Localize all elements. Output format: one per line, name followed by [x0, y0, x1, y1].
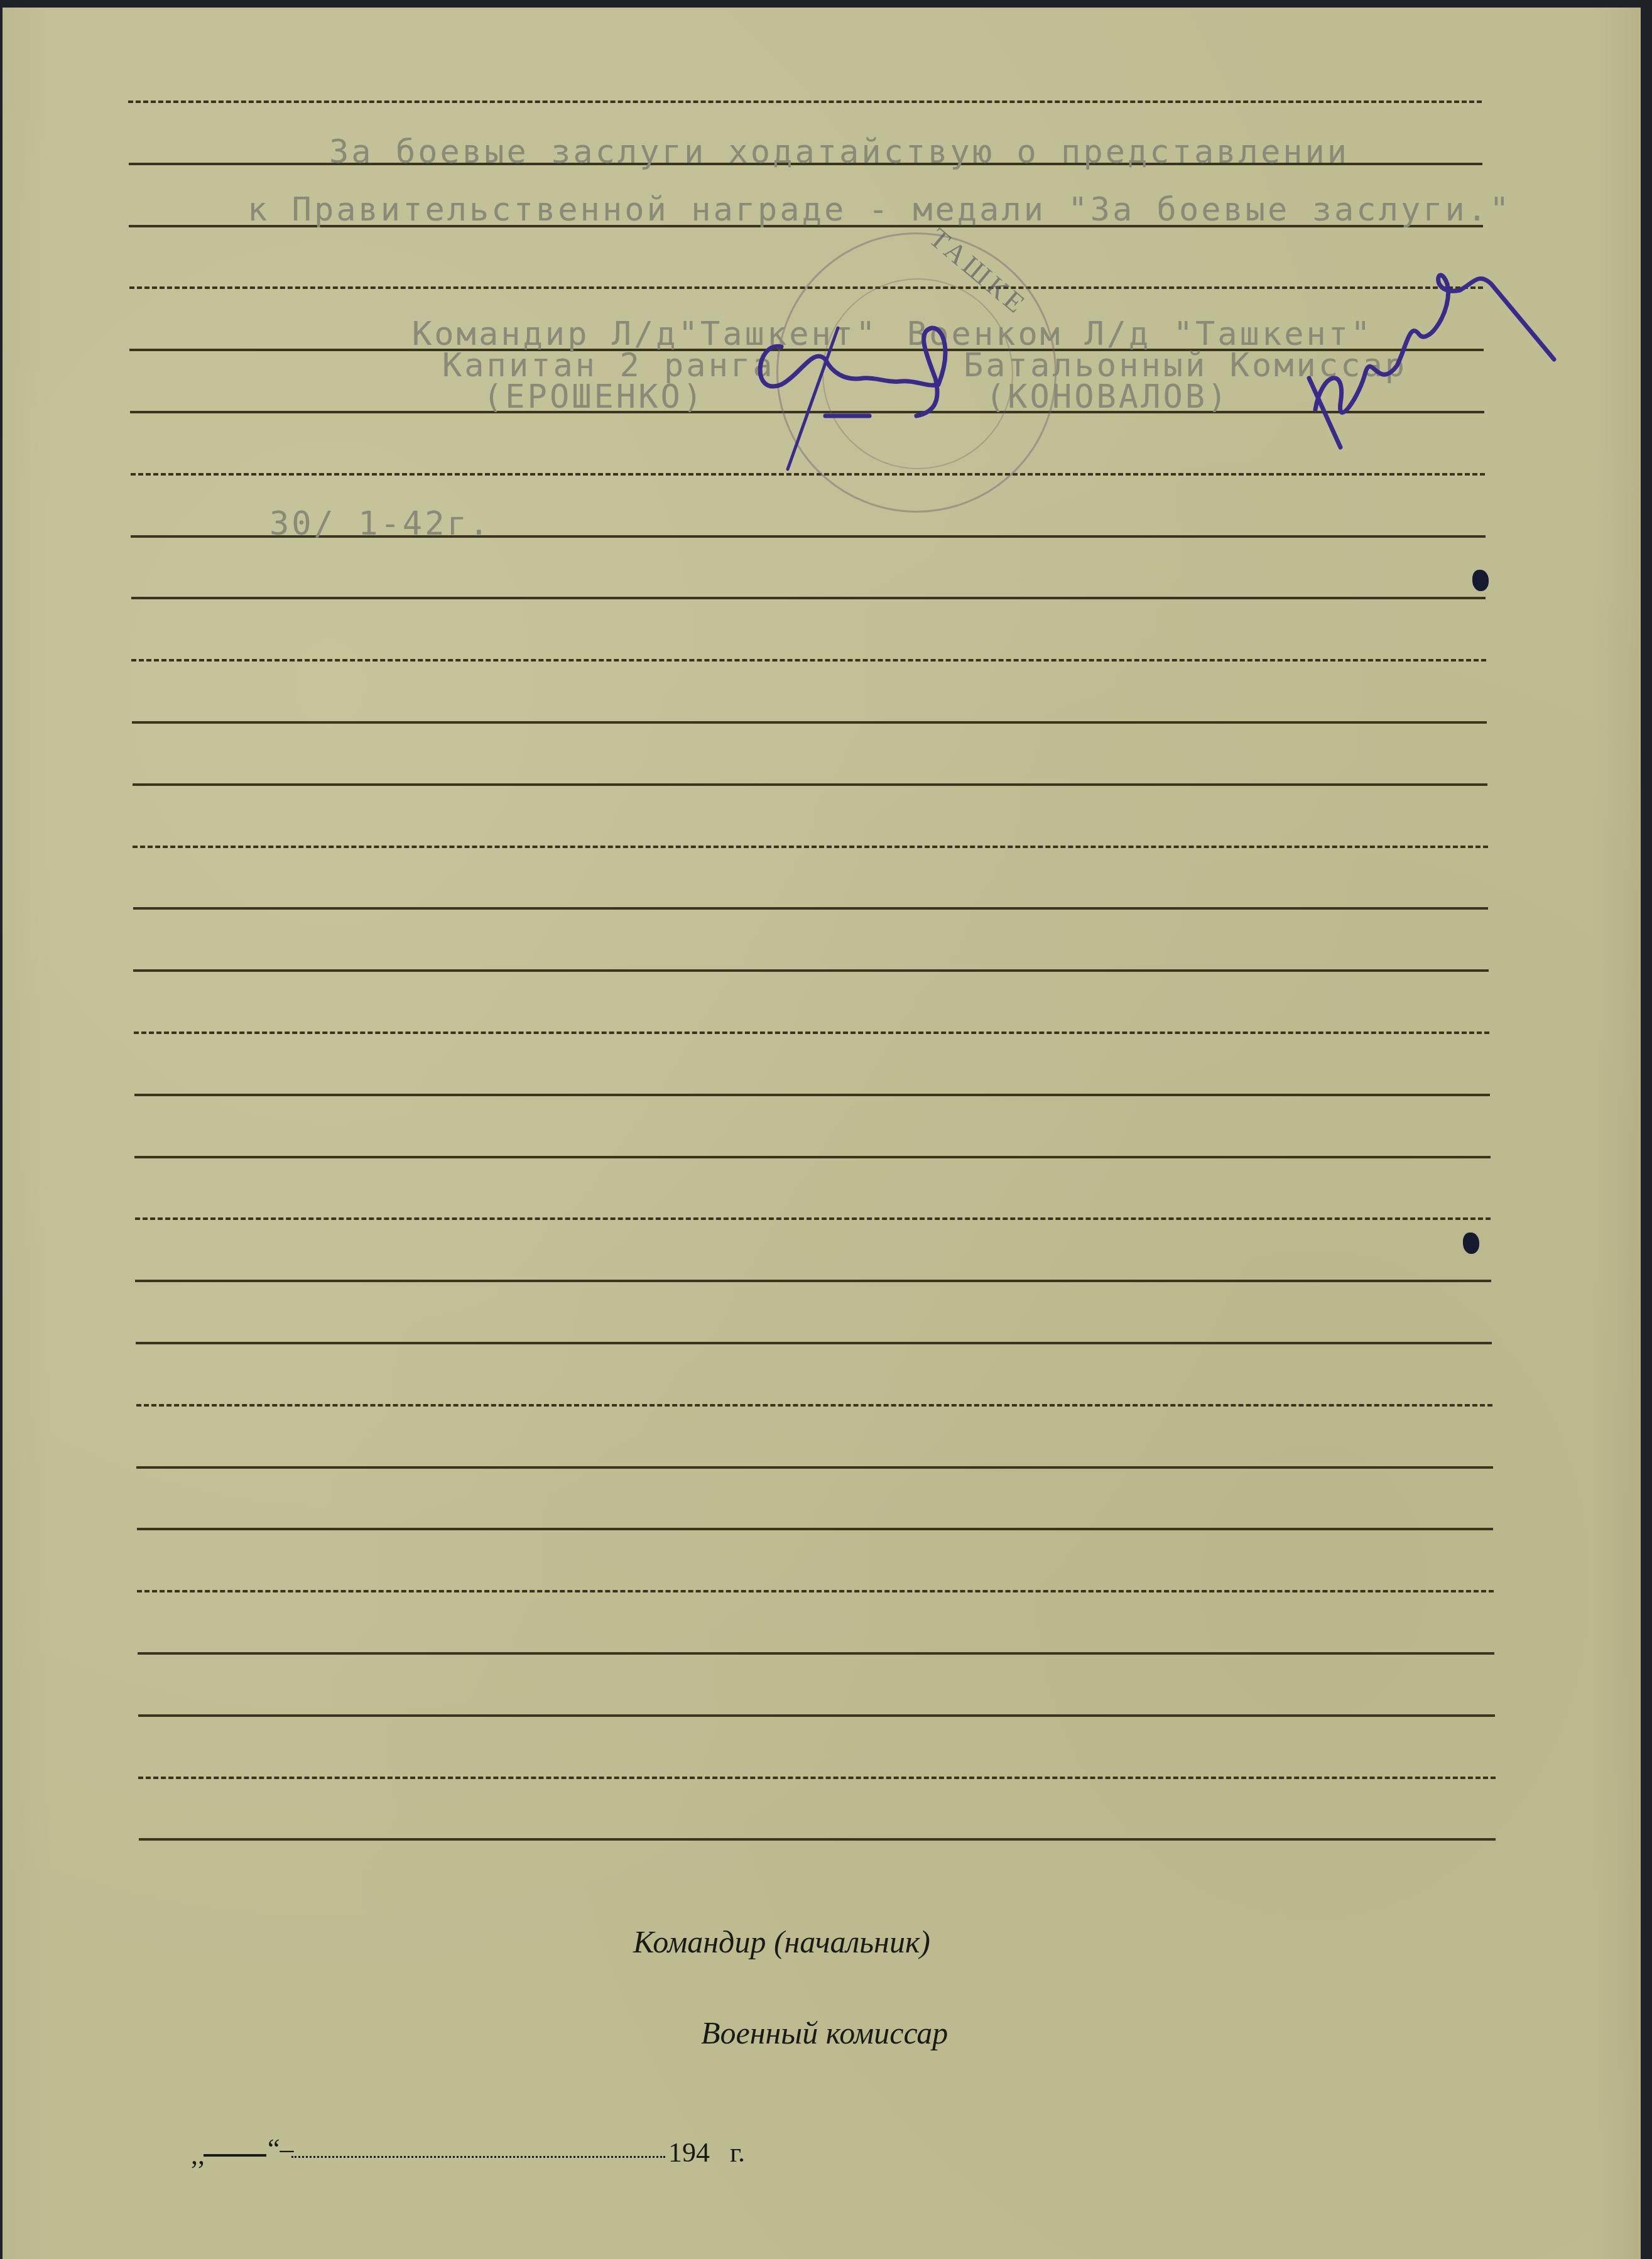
left-signature — [744, 303, 995, 491]
ruled-line — [137, 1528, 1494, 1530]
ruled-line — [134, 1032, 1489, 1034]
right-signature — [1303, 246, 1567, 460]
date-year: 194 — [668, 2137, 710, 2169]
ruled-line — [134, 1156, 1490, 1158]
right-signatory-name: (КОНОВАЛОВ) — [986, 378, 1229, 416]
recommendation-line-2: к Правительственной награде - медали "За… — [247, 191, 1511, 229]
ruled-line — [133, 969, 1489, 972]
ruled-line — [137, 1590, 1494, 1592]
ruled-line — [134, 1094, 1490, 1096]
date-open-quote: ,, — [191, 2139, 205, 2171]
commissar-label: Военный комиссар — [701, 2015, 948, 2051]
ruled-line — [138, 1777, 1495, 1779]
punch-hole — [1472, 570, 1489, 591]
ruled-line — [133, 846, 1487, 848]
ruled-line — [136, 1342, 1492, 1344]
ruled-line — [136, 1404, 1492, 1407]
ruled-line — [132, 721, 1487, 724]
ruled-line — [133, 783, 1487, 786]
document-sheet: За боевые заслуги ходатайствую о предста… — [3, 8, 1641, 2259]
ruled-line — [138, 1714, 1495, 1717]
ruled-line — [131, 659, 1486, 661]
punch-hole — [1463, 1233, 1479, 1254]
ruled-line — [136, 1466, 1492, 1469]
ruled-line — [135, 1217, 1491, 1220]
ruled-line — [133, 907, 1489, 910]
commander-label: Командир (начальник) — [633, 1924, 930, 1960]
ruled-line — [131, 597, 1486, 599]
recommendation-line-1: За боевые заслуги ходатайствую о предста… — [329, 133, 1349, 171]
date-suffix: г. — [730, 2137, 745, 2169]
ruled-line — [135, 1280, 1491, 1282]
typed-date: 30/ 1-42г. — [269, 505, 491, 543]
date-line: ,, “– 194 г. — [191, 2134, 756, 2172]
left-signatory-name: (ЕРОШЕНКО) — [483, 378, 705, 416]
date-close-quote: “– — [268, 2133, 294, 2165]
ruled-line — [128, 101, 1482, 103]
ruled-line — [139, 1838, 1496, 1841]
ruled-line — [138, 1652, 1494, 1655]
